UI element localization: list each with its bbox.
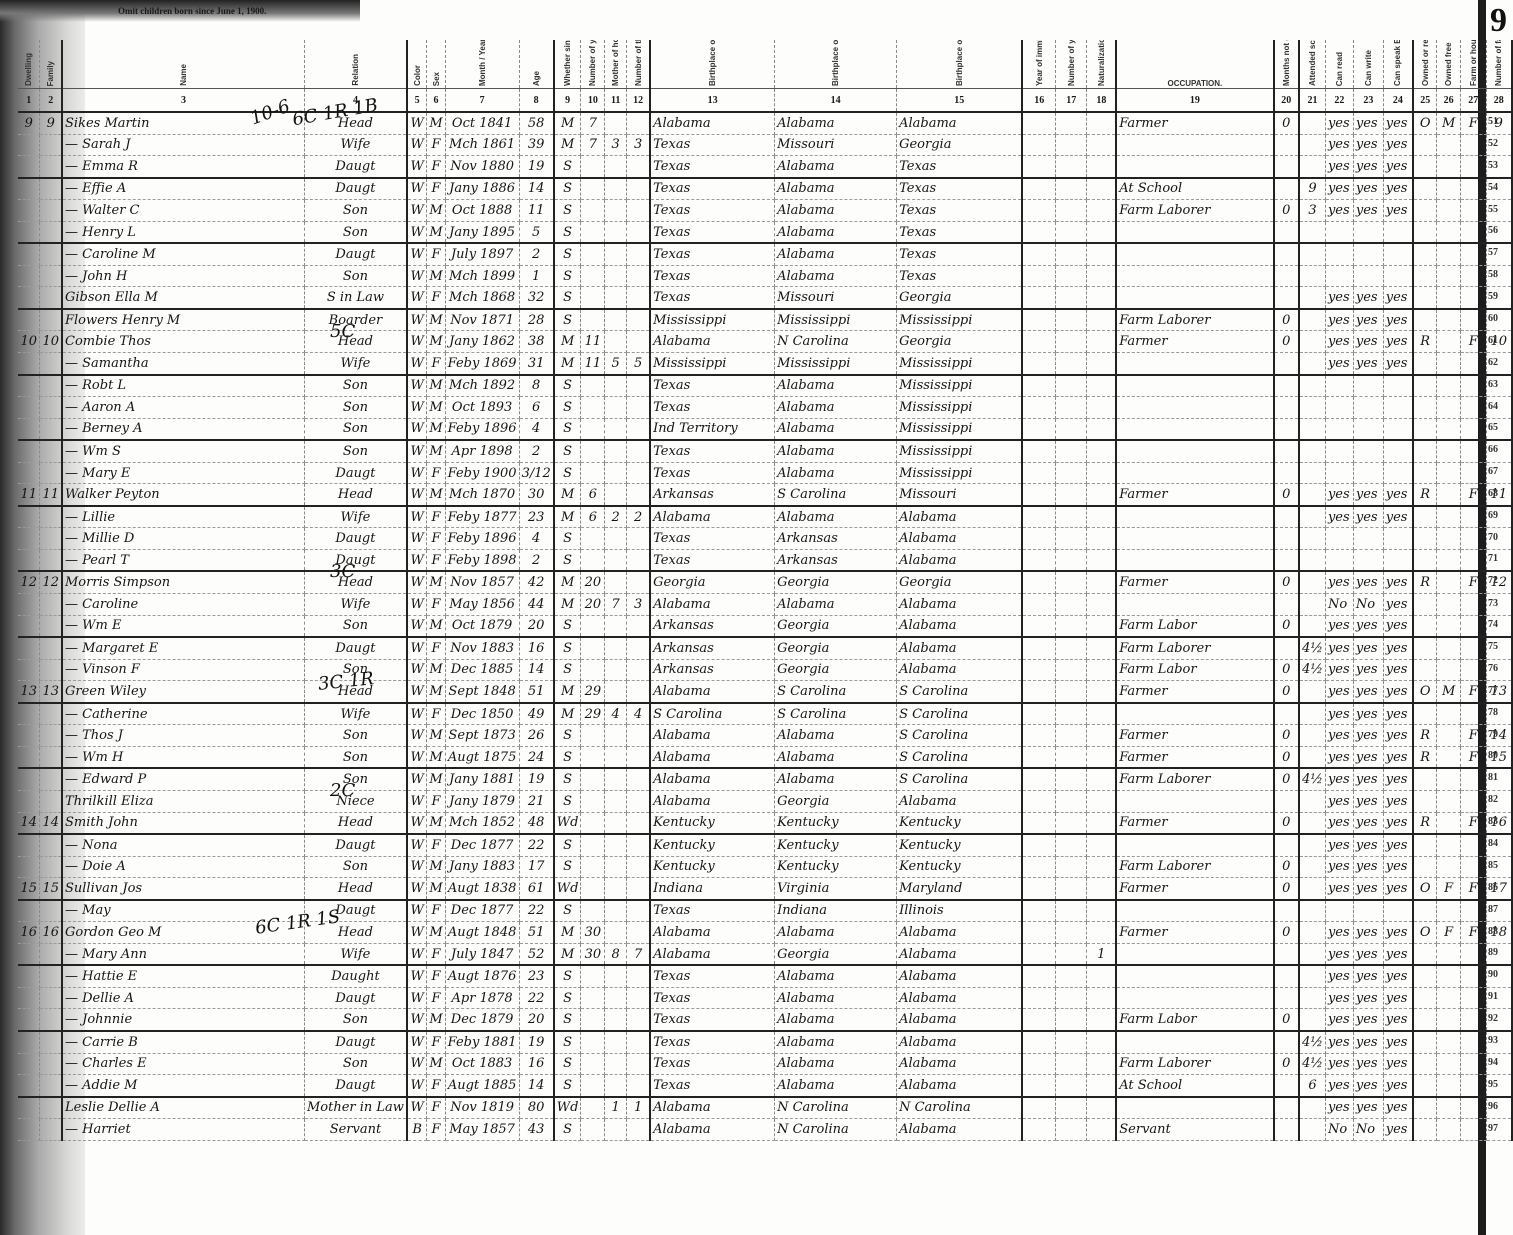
cell-dw	[18, 287, 40, 309]
cell-color: W	[407, 265, 427, 287]
cell-farm	[1461, 528, 1487, 550]
cell-mother_of	[605, 659, 627, 681]
cell-read	[1325, 265, 1353, 287]
cell-age: 22	[519, 987, 554, 1009]
cell-name: — Doie A	[62, 856, 304, 878]
cell-owned	[1413, 703, 1437, 725]
line-number: 51	[1488, 116, 1498, 127]
cell-month: Mch 1899	[445, 265, 519, 287]
cell-write: yes	[1353, 746, 1383, 768]
cell-blank	[1022, 156, 1055, 178]
cell-blank	[1056, 528, 1087, 550]
cell-age: 4	[519, 528, 554, 550]
cell-bp_mother: Texas	[897, 221, 1023, 243]
table-row: — LillieWifeWFFeby 187723M622AlabamaAlab…	[18, 506, 1512, 528]
cell-bp_father: Georgia	[775, 943, 897, 965]
cell-age: 30	[519, 484, 554, 506]
cell-bp_father: Kentucky	[775, 834, 897, 856]
line-number: 52	[1488, 138, 1498, 149]
table-row: — Caroline MDaugtWFJuly 18972STexasAlaba…	[18, 243, 1512, 265]
cell-bp_father: S Carolina	[775, 681, 897, 703]
cell-farm	[1461, 265, 1487, 287]
cell-blank	[1056, 440, 1087, 462]
cell-color: W	[407, 549, 427, 571]
line-number: 94	[1488, 1057, 1498, 1068]
cell-name: Combie Thos	[62, 331, 304, 353]
cell-blank	[1056, 922, 1087, 944]
cell-yrs_married: 6	[581, 506, 605, 528]
cell-owned	[1413, 594, 1437, 616]
cell-sex: F	[427, 462, 445, 484]
cell-fam	[40, 900, 62, 922]
cell-mother_of	[605, 1075, 627, 1097]
cell-month: Mch 1861	[445, 134, 519, 156]
cell-living	[627, 397, 651, 419]
line-number: 61	[1488, 335, 1498, 346]
cell-write: yes	[1353, 1097, 1383, 1119]
cell-speak: yes	[1383, 331, 1413, 353]
margin-annotation: 3C	[330, 561, 355, 582]
column-label-11: Mother of how many children	[605, 40, 627, 89]
cell-read	[1325, 418, 1353, 440]
cell-bp_mother: Alabama	[897, 922, 1023, 944]
cell-color: B	[407, 1119, 427, 1141]
cell-sex: M	[427, 440, 445, 462]
cell-sex: M	[427, 571, 445, 593]
cell-blank	[1056, 943, 1087, 965]
cell-mother_of	[605, 768, 627, 790]
cell-speak: yes	[1383, 156, 1413, 178]
cell-write: yes	[1353, 681, 1383, 703]
cell-marital: S	[554, 243, 581, 265]
cell-mother_of	[605, 965, 627, 987]
cell-occupation: Farmer	[1116, 746, 1273, 768]
cell-blank	[1056, 725, 1087, 747]
cell-bp: Ind Territory	[650, 418, 774, 440]
column-number-28: 28	[1486, 89, 1512, 113]
cell-owned	[1413, 397, 1437, 419]
cell-read	[1325, 397, 1353, 419]
cell-color: W	[407, 571, 427, 593]
line-number: 97	[1488, 1123, 1498, 1134]
cell-owned	[1413, 287, 1437, 309]
cell-blank	[1022, 878, 1055, 900]
cell-name: — Charles E	[62, 1053, 304, 1075]
cell-rel: Daugt	[304, 834, 406, 856]
cell-dw	[18, 659, 40, 681]
cell-write	[1353, 265, 1383, 287]
cell-month: Nov 1819	[445, 1097, 519, 1119]
cell-farm	[1461, 134, 1487, 156]
cell-living	[627, 790, 651, 812]
table-row: — SamanthaWifeWFFeby 186931M1155Mississi…	[18, 353, 1512, 375]
cell-bp_mother: Kentucky	[897, 834, 1023, 856]
cell-rel: Son	[304, 1053, 406, 1075]
cell-school	[1299, 156, 1325, 178]
cell-read: yes	[1325, 922, 1353, 944]
cell-name: — Johnnie	[62, 1009, 304, 1031]
cell-blank	[1056, 265, 1087, 287]
cell-living	[627, 768, 651, 790]
cell-not_employed: 0	[1274, 878, 1300, 900]
column-label-6: Sex	[427, 40, 445, 89]
cell-not_employed	[1274, 528, 1300, 550]
cell-owned: O	[1413, 922, 1437, 944]
cell-bp: Alabama	[650, 681, 774, 703]
cell-bp: Texas	[650, 243, 774, 265]
cell-blank	[1056, 637, 1087, 659]
cell-school	[1299, 790, 1325, 812]
cell-dw	[18, 943, 40, 965]
table-row: — Aaron ASonWMOct 18936STexasAlabamaMiss…	[18, 397, 1512, 419]
cell-school	[1299, 375, 1325, 397]
cell-write: yes	[1353, 287, 1383, 309]
line-number: 89	[1488, 947, 1498, 958]
cell-farm: F	[1461, 112, 1487, 134]
column-number-12: 12	[627, 89, 651, 113]
cell-rel: Son	[304, 265, 406, 287]
cell-not_employed	[1274, 375, 1300, 397]
column-number-21: 21	[1299, 89, 1325, 113]
cell-not_employed	[1274, 221, 1300, 243]
cell-bp_mother: Maryland	[897, 878, 1023, 900]
cell-mother_of	[605, 200, 627, 222]
cell-blank	[1056, 834, 1087, 856]
cell-blank	[1056, 462, 1087, 484]
cell-marital: M	[554, 922, 581, 944]
cell-dw	[18, 397, 40, 419]
cell-read: yes	[1325, 965, 1353, 987]
cell-color: W	[407, 287, 427, 309]
cell-yrs_married: 29	[581, 681, 605, 703]
cell-naturalization	[1087, 856, 1116, 878]
cell-not_employed	[1274, 178, 1300, 200]
cell-speak: yes	[1383, 725, 1413, 747]
cell-sex: M	[427, 878, 445, 900]
cell-occupation	[1116, 594, 1273, 616]
cell-not_employed	[1274, 134, 1300, 156]
line-number: 62	[1488, 357, 1498, 368]
column-label-text: Birthplace of mother	[955, 42, 964, 86]
cell-bp_mother: Texas	[897, 200, 1023, 222]
cell-bp_father: Mississippi	[775, 309, 897, 331]
cell-bp_father: Alabama	[775, 112, 897, 134]
cell-speak: yes	[1383, 856, 1413, 878]
cell-farm	[1461, 397, 1487, 419]
line-number: 56	[1488, 225, 1498, 236]
cell-age: 44	[519, 594, 554, 616]
cell-rel: Son	[304, 200, 406, 222]
cell-owned	[1413, 1009, 1437, 1031]
cell-dw: 14	[18, 812, 40, 834]
cell-color: W	[407, 1075, 427, 1097]
cell-color: W	[407, 768, 427, 790]
cell-read: yes	[1325, 746, 1353, 768]
cell-dw	[18, 418, 40, 440]
cell-dw	[18, 549, 40, 571]
cell-not_employed	[1274, 943, 1300, 965]
table-row: — Thos JSonWMSept 187326SAlabamaAlabamaS…	[18, 725, 1512, 747]
cell-speak: yes	[1383, 1053, 1413, 1075]
table-row: — Doie ASonWMJany 188317SKentuckyKentuck…	[18, 856, 1512, 878]
cell-blank	[1022, 353, 1055, 375]
cell-name: — John H	[62, 265, 304, 287]
line-number: 63	[1488, 379, 1498, 390]
cell-free	[1437, 418, 1461, 440]
column-number-19: 19	[1116, 89, 1273, 113]
cell-dw	[18, 768, 40, 790]
cell-bp_mother: Alabama	[897, 637, 1023, 659]
cell-read: yes	[1325, 1053, 1353, 1075]
cell-school	[1299, 594, 1325, 616]
cell-free	[1437, 834, 1461, 856]
cell-marital: M	[554, 943, 581, 965]
cell-speak: yes	[1383, 287, 1413, 309]
cell-write: yes	[1353, 571, 1383, 593]
cell-sex: F	[427, 178, 445, 200]
cell-naturalization	[1087, 418, 1116, 440]
cell-blank	[1022, 397, 1055, 419]
cell-month: Dec 1877	[445, 900, 519, 922]
cell-not_employed	[1274, 594, 1300, 616]
cell-not_employed: 0	[1274, 681, 1300, 703]
cell-color: W	[407, 397, 427, 419]
cell-sex: F	[427, 834, 445, 856]
cell-bp_mother: Alabama	[897, 1053, 1023, 1075]
cell-speak: yes	[1383, 1119, 1413, 1141]
cell-bp: Texas	[650, 462, 774, 484]
cell-sex: M	[427, 200, 445, 222]
cell-free	[1437, 725, 1461, 747]
cell-school	[1299, 725, 1325, 747]
cell-write	[1353, 375, 1383, 397]
cell-mother_of	[605, 1053, 627, 1075]
cell-bp_father: Alabama	[775, 1053, 897, 1075]
cell-owned: R	[1413, 812, 1437, 834]
cell-speak: yes	[1383, 659, 1413, 681]
cell-free	[1437, 287, 1461, 309]
cell-fam	[40, 200, 62, 222]
cell-farm	[1461, 178, 1487, 200]
cell-naturalization	[1087, 287, 1116, 309]
cell-naturalization	[1087, 200, 1116, 222]
column-label-text: Months not employed	[1282, 42, 1291, 86]
cell-bp: Alabama	[650, 112, 774, 134]
cell-read: yes	[1325, 681, 1353, 703]
cell-marital: S	[554, 178, 581, 200]
cell-speak: yes	[1383, 309, 1413, 331]
cell-owned	[1413, 637, 1437, 659]
cell-naturalization	[1087, 922, 1116, 944]
cell-month: Feby 1898	[445, 549, 519, 571]
cell-age: 39	[519, 134, 554, 156]
cell-naturalization: 1	[1087, 943, 1116, 965]
cell-farm	[1461, 200, 1487, 222]
cell-bp_father: Alabama	[775, 768, 897, 790]
cell-rel: Wife	[304, 134, 406, 156]
cell-dw	[18, 987, 40, 1009]
cell-age: 14	[519, 178, 554, 200]
cell-fam	[40, 353, 62, 375]
cell-occupation: Farm Labor	[1116, 659, 1273, 681]
cell-age: 21	[519, 790, 554, 812]
cell-farm	[1461, 900, 1487, 922]
cell-fam	[40, 418, 62, 440]
column-number-row: 1234567891011121314151617181920212223242…	[18, 89, 1512, 113]
cell-owned	[1413, 900, 1437, 922]
cell-fam	[40, 397, 62, 419]
cell-marital: S	[554, 615, 581, 637]
cell-read	[1325, 462, 1353, 484]
cell-living	[627, 746, 651, 768]
cell-sex: M	[427, 1053, 445, 1075]
cell-mother_of	[605, 462, 627, 484]
cell-mother_of	[605, 746, 627, 768]
cell-blank	[1022, 112, 1055, 134]
cell-speak: yes	[1383, 746, 1413, 768]
cell-not_employed	[1274, 243, 1300, 265]
cell-living	[627, 418, 651, 440]
cell-name: Sullivan Jos	[62, 878, 304, 900]
cell-age: 22	[519, 900, 554, 922]
cell-speak: yes	[1383, 834, 1413, 856]
cell-bp: Indiana	[650, 878, 774, 900]
cell-living	[627, 528, 651, 550]
cell-naturalization	[1087, 353, 1116, 375]
cell-color: W	[407, 134, 427, 156]
cell-owned	[1413, 178, 1437, 200]
cell-age: 4	[519, 418, 554, 440]
cell-blank	[1056, 746, 1087, 768]
cell-month: Jany 1886	[445, 178, 519, 200]
cell-blank	[1056, 1053, 1087, 1075]
cell-fam	[40, 528, 62, 550]
cell-school	[1299, 834, 1325, 856]
cell-month: Dec 1877	[445, 834, 519, 856]
cell-name: Green Wiley	[62, 681, 304, 703]
cell-school	[1299, 856, 1325, 878]
cell-occupation: Farmer	[1116, 878, 1273, 900]
cell-speak	[1383, 528, 1413, 550]
cell-living	[627, 878, 651, 900]
cell-occupation	[1116, 790, 1273, 812]
cell-living	[627, 462, 651, 484]
cell-not_employed: 0	[1274, 571, 1300, 593]
cell-rel: Son	[304, 856, 406, 878]
cell-write: yes	[1353, 725, 1383, 747]
cell-free	[1437, 943, 1461, 965]
cell-dw: 15	[18, 878, 40, 900]
cell-blank	[1022, 1053, 1055, 1075]
cell-free: F	[1437, 922, 1461, 944]
cell-dw	[18, 178, 40, 200]
cell-not_employed	[1274, 265, 1300, 287]
cell-owned	[1413, 987, 1437, 1009]
cell-fam	[40, 1075, 62, 1097]
cell-naturalization	[1087, 331, 1116, 353]
cell-age: 80	[519, 1097, 554, 1119]
cell-living	[627, 987, 651, 1009]
cell-dw	[18, 725, 40, 747]
cell-naturalization	[1087, 900, 1116, 922]
cell-rel: Daugt	[304, 1075, 406, 1097]
table-row: — Berney ASonWMFeby 18964SInd TerritoryA…	[18, 418, 1512, 440]
cell-naturalization	[1087, 397, 1116, 419]
cell-bp_father: N Carolina	[775, 331, 897, 353]
cell-occupation	[1116, 506, 1273, 528]
cell-fam	[40, 790, 62, 812]
cell-name: — Hattie E	[62, 965, 304, 987]
cell-dw	[18, 1075, 40, 1097]
cell-bp: Arkansas	[650, 637, 774, 659]
cell-age: 2	[519, 440, 554, 462]
cell-sex: M	[427, 309, 445, 331]
cell-blank	[1056, 659, 1087, 681]
column-label-text: Age	[532, 71, 541, 86]
cell-bp_father: Alabama	[775, 156, 897, 178]
cell-free	[1437, 397, 1461, 419]
cell-speak	[1383, 243, 1413, 265]
cell-farm	[1461, 1075, 1487, 1097]
cell-marital: M	[554, 484, 581, 506]
cell-living	[627, 900, 651, 922]
cell-speak: yes	[1383, 1097, 1413, 1119]
cell-sex: F	[427, 506, 445, 528]
table-row: — CarolineWifeWFMay 185644M2073AlabamaAl…	[18, 594, 1512, 616]
column-label-text: Name	[179, 64, 188, 86]
line-number: 95	[1488, 1079, 1498, 1090]
cell-name: — Aaron A	[62, 397, 304, 419]
cell-bp: Alabama	[650, 594, 774, 616]
cell-blank	[1056, 375, 1087, 397]
cell-school: 9	[1299, 178, 1325, 200]
cell-color: W	[407, 418, 427, 440]
cell-rel: Boarder	[304, 309, 406, 331]
cell-mother_of	[605, 112, 627, 134]
cell-month: Oct 1841	[445, 112, 519, 134]
cell-bp_father: Alabama	[775, 1009, 897, 1031]
cell-marital: S	[554, 659, 581, 681]
cell-name: — Nona	[62, 834, 304, 856]
cell-free	[1437, 659, 1461, 681]
cell-farm	[1461, 1009, 1487, 1031]
cell-not_employed	[1274, 1119, 1300, 1141]
cell-mother_of	[605, 834, 627, 856]
table-row: — Robt LSonWMMch 18928STexasAlabamaMissi…	[18, 375, 1512, 397]
cell-name: — Lillie	[62, 506, 304, 528]
cell-naturalization	[1087, 549, 1116, 571]
cell-farm	[1461, 156, 1487, 178]
cell-fam: 12	[40, 571, 62, 593]
cell-occupation: Farmer	[1116, 725, 1273, 747]
cell-age: 1	[519, 265, 554, 287]
cell-fam	[40, 1031, 62, 1053]
table-row: — Sarah JWifeWFMch 186139M733TexasMissou…	[18, 134, 1512, 156]
cell-mother_of	[605, 178, 627, 200]
cell-occupation	[1116, 462, 1273, 484]
cell-color: W	[407, 353, 427, 375]
cell-school	[1299, 331, 1325, 353]
cell-yrs_married	[581, 746, 605, 768]
cell-speak: yes	[1383, 134, 1413, 156]
cell-speak: yes	[1383, 200, 1413, 222]
cell-age: 19	[519, 1031, 554, 1053]
cell-free	[1437, 440, 1461, 462]
cell-owned	[1413, 659, 1437, 681]
table-row: — HarrietServantBFMay 185743SAlabamaN Ca…	[18, 1119, 1512, 1141]
cell-speak: yes	[1383, 790, 1413, 812]
cell-farm	[1461, 418, 1487, 440]
